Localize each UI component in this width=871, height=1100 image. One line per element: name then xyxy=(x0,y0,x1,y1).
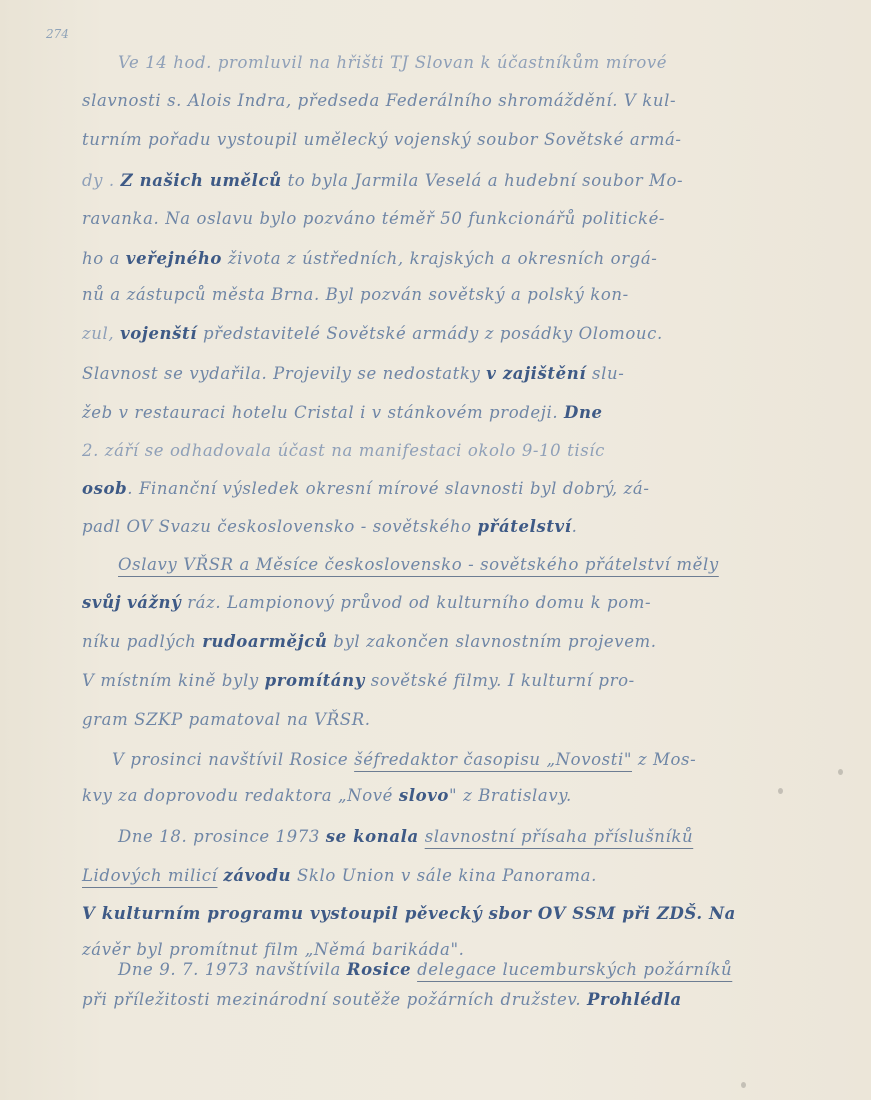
text-segment: přátelství xyxy=(478,517,572,536)
ink-spot xyxy=(778,788,783,794)
text-segment: z Mos- xyxy=(632,750,696,769)
underlined-phrase: šéfredaktor časopisu „Novosti" xyxy=(354,750,632,769)
text-segment: kvy za doprovodu redaktora „Nové xyxy=(82,786,399,805)
handwritten-line: nů a zástupců města Brna. Byl pozván sov… xyxy=(82,285,629,315)
handwritten-line: ravanka. Na oslavu bylo pozváno téměř 50… xyxy=(82,209,665,239)
text-segment: nů a zástupců města Brna. Byl pozván sov… xyxy=(82,285,629,304)
handwritten-line: kvy za doprovodu redaktora „Nové slovo" … xyxy=(82,786,572,816)
handwritten-line: Dne 9. 7. 1973 navštívila Rosice delegac… xyxy=(118,960,732,990)
text-segment: slu- xyxy=(586,364,624,383)
handwritten-line: dy . Z našich umělců to byla Jarmila Ves… xyxy=(82,171,683,201)
text-segment: osob xyxy=(82,479,127,498)
handwritten-line: V místním kině byly promítány sovětské f… xyxy=(82,671,635,701)
handwritten-line: V prosinci navštívil Rosice šéfredaktor … xyxy=(112,750,696,780)
handwritten-line: Dne 18. prosince 1973 se konala slavnost… xyxy=(118,827,693,857)
underlined-phrase: Lidových milicí xyxy=(82,866,217,885)
text-segment: V místním kině byly xyxy=(82,671,265,690)
text-segment: veřejného xyxy=(126,249,222,268)
text-segment: promítány xyxy=(265,671,365,690)
text-segment: závěr byl promítnut film „Němá barikáda"… xyxy=(82,940,464,959)
text-segment: padl OV Svazu československo - sovětskéh… xyxy=(82,517,478,536)
text-segment: V kulturním programu vystoupil pěvecký s… xyxy=(82,904,736,923)
ink-spot xyxy=(741,1082,746,1088)
handwritten-line: gram SZKP pamatoval na VŘSR. xyxy=(82,710,371,740)
text-segment: ravanka. Na oslavu bylo pozváno téměř 50… xyxy=(82,209,665,228)
text-segment: turním pořadu vystoupil umělecký vojensk… xyxy=(82,130,682,149)
handwritten-line: Lidových milicí závodu Sklo Union v sále… xyxy=(82,866,597,896)
text-segment: Prohlédla xyxy=(587,990,682,1009)
text-segment: vojenští xyxy=(120,324,197,343)
text-segment: představitelé Sovětské armády z posádky … xyxy=(197,324,663,343)
text-segment: při příležitosti mezinárodní soutěže pož… xyxy=(82,990,587,1009)
handwritten-line: při příležitosti mezinárodní soutěže pož… xyxy=(82,990,682,1020)
text-segment: rudoarmějců xyxy=(202,632,327,651)
handwritten-line: níku padlých rudoarmějců byl zakončen sl… xyxy=(82,632,657,662)
text-segment: dy . xyxy=(82,171,121,190)
text-segment: žeb v restauraci hotelu Cristal i v stán… xyxy=(82,403,564,422)
text-segment: života z ústředních, krajských a okresní… xyxy=(222,249,657,268)
text-segment: Slavnost se vydařila. Projevily se nedos… xyxy=(82,364,486,383)
underlined-phrase: slavnostní přísaha příslušníků xyxy=(425,827,694,846)
text-segment: slavnosti s. Alois Indra, předseda Feder… xyxy=(82,91,676,110)
handwritten-line: turním pořadu vystoupil umělecký vojensk… xyxy=(82,130,682,160)
ink-spot xyxy=(838,769,843,775)
text-segment: závodu xyxy=(223,866,291,885)
text-segment: slovo xyxy=(399,786,449,805)
text-segment: se konala xyxy=(326,827,419,846)
text-segment: V prosinci navštívil Rosice xyxy=(112,750,354,769)
text-segment: Dne xyxy=(564,403,603,422)
text-segment: byl zakončen slavnostním projevem. xyxy=(327,632,656,651)
handwritten-chronicle-page: 274 Ve 14 hod. promluvil na hřišti TJ Sl… xyxy=(0,0,871,1100)
handwritten-line: zul, vojenští představitelé Sovětské arm… xyxy=(82,324,663,354)
text-segment: . xyxy=(572,517,578,536)
text-segment: " z Bratislavy. xyxy=(449,786,572,805)
text-segment: sovětské filmy. I kulturní pro- xyxy=(365,671,635,690)
text-segment: ráz. Lampionový průvod od kulturního dom… xyxy=(181,593,651,612)
text-segment: . Finanční výsledek okresní mírové slavn… xyxy=(127,479,649,498)
text-segment: zul, xyxy=(82,324,120,343)
text-segment: gram SZKP pamatoval na VŘSR. xyxy=(82,710,371,729)
text-segment: Dne 18. prosince 1973 xyxy=(118,827,326,846)
text-segment: to byla Jarmila Veselá a hudební soubor … xyxy=(282,171,684,190)
handwritten-line: ho a veřejného života z ústředních, kraj… xyxy=(82,249,657,279)
text-segment: Z našich umělců xyxy=(121,171,282,190)
handwritten-line: V kulturním programu vystoupil pěvecký s… xyxy=(82,904,736,934)
underlined-phrase: delegace lucemburských požárníků xyxy=(417,960,732,979)
handwritten-line: osob. Finanční výsledek okresní mírové s… xyxy=(82,479,650,509)
handwritten-line: padl OV Svazu československo - sovětskéh… xyxy=(82,517,577,547)
text-segment: v zajištění xyxy=(486,364,586,383)
handwritten-line: žeb v restauraci hotelu Cristal i v stán… xyxy=(82,403,603,433)
text-segment: 2. září se odhadovala účast na manifesta… xyxy=(82,441,605,460)
underlined-phrase: Oslavy VŘSR a Měsíce československo - so… xyxy=(118,555,719,574)
handwritten-line: Slavnost se vydařila. Projevily se nedos… xyxy=(82,364,624,394)
handwritten-line: slavnosti s. Alois Indra, předseda Feder… xyxy=(82,91,676,121)
handwritten-line: Oslavy VŘSR a Měsíce československo - so… xyxy=(118,555,719,585)
text-segment: ho a xyxy=(82,249,126,268)
text-segment: svůj xyxy=(82,593,121,612)
handwritten-line: svůj vážný ráz. Lampionový průvod od kul… xyxy=(82,593,651,623)
text-segment: Sklo Union v sále kina Panorama. xyxy=(291,866,597,885)
text-segment: vážný xyxy=(127,593,181,612)
text-segment: Rosice xyxy=(347,960,411,979)
page-number: 274 xyxy=(46,27,69,41)
handwritten-line: Ve 14 hod. promluvil na hřišti TJ Slovan… xyxy=(118,53,667,83)
text-segment: níku padlých xyxy=(82,632,202,651)
handwritten-line: 2. září se odhadovala účast na manifesta… xyxy=(82,441,605,471)
text-segment: Ve 14 hod. promluvil na hřišti TJ Slovan… xyxy=(118,53,667,72)
text-segment: Dne 9. 7. 1973 navštívila xyxy=(118,960,347,979)
